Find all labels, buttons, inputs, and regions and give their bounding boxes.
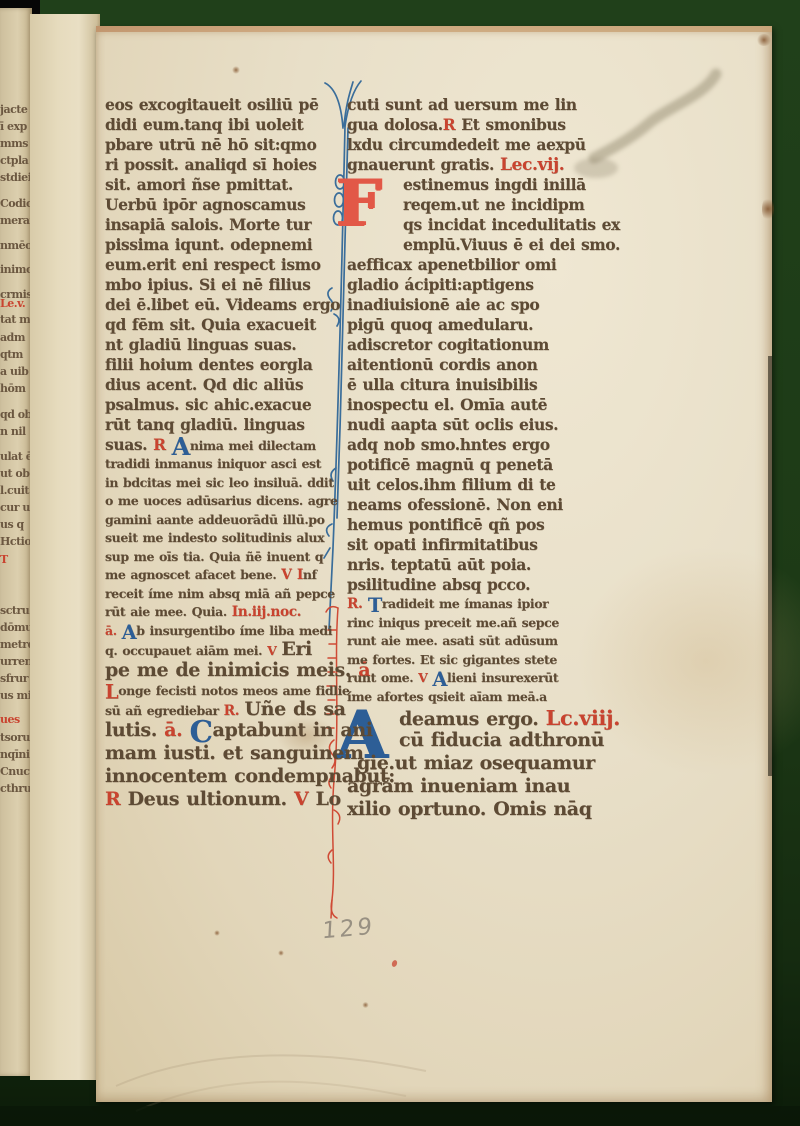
text-line: ē ulla citura inuisibilis	[347, 375, 591, 395]
text-line: eos excogitaueit osiliū pē	[105, 95, 345, 115]
text-line: ri possit. analiqd sī hoies	[105, 155, 345, 175]
page-right-edge-line	[768, 356, 772, 776]
margin-fragment: sfrur	[0, 672, 30, 685]
text-line: suas. R Anima mei dilectam	[105, 435, 345, 455]
margin-fragment: ī exp	[0, 120, 30, 133]
text-segment: V	[294, 788, 316, 810]
text-segment: R	[153, 435, 171, 454]
text-line: xilio oprtuno. Omis nāq	[347, 798, 591, 821]
text-line: gnauerunt gratis. Lec.vij.	[347, 155, 591, 175]
text-segment: R.	[224, 703, 245, 719]
fox-spot	[232, 66, 240, 74]
margin-fragment: stdiei	[0, 171, 30, 184]
text-segment: hemus pontificē qñ pos	[347, 515, 544, 534]
text-segment: deamus ergo.	[399, 708, 546, 730]
folio-number: 129	[321, 914, 375, 945]
text-line: runt ome. V Alieni insurexerūt	[347, 669, 591, 688]
page-top-edge	[96, 26, 772, 32]
text-line: lxdu circumdedeit me aexpū	[347, 135, 591, 155]
text-segment: R	[443, 115, 461, 134]
margin-fragment: Le.v.	[0, 297, 30, 310]
text-segment: gladio ácipiti:aptigens	[347, 275, 534, 294]
text-segment: sit. amori ñse pmittat.	[105, 175, 293, 194]
text-segment: aefficax apenetbilior omi	[347, 255, 556, 274]
margin-fragment: Codice	[0, 197, 30, 210]
text-segment: nima mei dilectam	[190, 438, 316, 453]
text-segment: adq nob smo.hntes ergo	[347, 435, 550, 454]
text-line: inadiuisionē aie ac spo	[347, 295, 591, 315]
text-segment: didi eum.tanq ibi uoleit	[105, 115, 303, 134]
text-segment: runt aie mee. asati sūt adūsum	[347, 633, 558, 648]
text-segment: eos excogitaueit osiliū pē	[105, 95, 318, 114]
text-segment: eum.erit eni respect ismo	[105, 255, 321, 274]
text-segment: Uerbū ipōr agnoscamus	[105, 195, 305, 214]
text-segment: psilitudine absq pcco.	[347, 575, 530, 594]
margin-fragment: ulat ē	[0, 450, 30, 463]
text-line: gladio ácipiti:aptigens	[347, 275, 591, 295]
margin-fragment: ut ob	[0, 467, 30, 480]
text-line: in bdcitas mei sic leo insiluā. ddit	[105, 474, 345, 493]
text-segment: uit celos.ihm filium di te	[347, 475, 555, 494]
margin-fragment: inimc	[0, 263, 30, 276]
text-line: me fortes. Et sic gigantes stete	[347, 651, 591, 670]
text-segment: nudi aapta sūt oclis eius.	[347, 415, 558, 434]
text-line: receit íme nim absq miā añ pepce	[105, 585, 345, 604]
text-segment: ā.	[105, 623, 122, 638]
text-line: runt aie mee. asati sūt adūsum	[347, 632, 591, 651]
text-segment: neams ofessionē. Non eni	[347, 495, 563, 514]
text-line: rūt tanq gladiū. linguas	[105, 415, 345, 435]
text-line: pe me de inimicis meis. ā	[105, 659, 345, 682]
text-segment: b insurgentibo íme liba medi	[136, 623, 332, 638]
text-line: dei ē.libet eū. Videams ergo	[105, 295, 345, 315]
text-segment: inospectu el. Omīa autē	[347, 395, 547, 414]
text-line: potificē magnū q penetā	[347, 455, 591, 475]
text-line: mam iusti. et sanguinem	[105, 742, 345, 765]
text-segment: Et smonibus	[461, 115, 565, 134]
margin-fragment: adm	[0, 331, 30, 344]
text-line: innocentem condempnabūt:	[105, 765, 345, 788]
text-segment: insapiā salois. Morte tur	[105, 215, 311, 234]
book-gutter	[30, 14, 100, 1080]
text-segment: Lec.vij.	[500, 155, 564, 175]
text-line: uit celos.ihm filium di te	[347, 475, 591, 495]
text-line: R Deus ultionum. V Lo	[105, 788, 345, 811]
text-segment: psalmus. sic ahic.exacue	[105, 395, 311, 414]
text-segment: sup me oīs tia. Quia ñē inuent q	[105, 549, 323, 564]
text-segment: inadiuisionē aie ac spo	[347, 295, 539, 314]
fox-spot	[762, 196, 774, 222]
red-ink-speck	[391, 959, 398, 967]
text-segment: sueit me indesto solitudinis alux	[105, 530, 324, 545]
text-line: psalmus. sic ahic.exacue	[105, 395, 345, 415]
text-line: adq nob smo.hntes ergo	[347, 435, 591, 455]
margin-fragment: Cnuct	[0, 765, 30, 778]
text-line: íme afortes qsieit aīam meā.a	[347, 688, 591, 707]
margin-fragment: l.cuit	[0, 484, 30, 497]
text-segment: qd fēm sit. Quia exacueit	[105, 315, 316, 334]
text-segment: me fortes. Et sic gigantes stete	[347, 652, 557, 667]
text-segment: R	[105, 788, 128, 810]
text-segment: lxdu circumdedeit me aexpū	[347, 135, 586, 154]
text-segment: gamini aante addeuorādū illū.po	[105, 512, 325, 527]
text-line: rūt aie mee. Quia. In.iij.noc.	[105, 603, 345, 622]
manuscript-page: F A eos excogitaueit osiliū pēdidi eum.t…	[96, 26, 772, 1102]
text-line: eum.erit eni respect ismo	[105, 255, 345, 275]
text-line: mbo ipius. Si ei nē filius	[105, 275, 345, 295]
text-line: insapiā salois. Morte tur	[105, 215, 345, 235]
fox-spot	[362, 1002, 369, 1008]
text-line: nt gladiū linguas suas.	[105, 335, 345, 355]
text-line: nudi aapta sūt oclis eius.	[347, 415, 591, 435]
fox-spot	[214, 930, 220, 936]
text-segment: sit opati infirmitatibus	[347, 535, 538, 554]
fox-spot	[278, 950, 284, 956]
text-line: sit. amori ñse pmittat.	[105, 175, 345, 195]
text-segment: lutis.	[105, 719, 164, 741]
text-segment: cū fiducia adthronū	[399, 729, 604, 751]
text-segment: V	[418, 670, 432, 685]
margin-fragment: mms	[0, 137, 30, 150]
text-line: hemus pontificē qñ pos	[347, 515, 591, 535]
text-line: R. Tradideit me ímanas ipior	[347, 595, 591, 614]
text-line: aitentionū cordis anon	[347, 355, 591, 375]
text-line: cuti sunt ad uersum me lin	[347, 95, 591, 115]
text-line: sup me oīs tia. Quia ñē inuent q	[105, 548, 345, 567]
margin-fragment: ctpla	[0, 154, 30, 167]
margin-fragment: dōmu	[0, 621, 30, 634]
margin-fragment: qtm	[0, 348, 30, 361]
margin-fragment: cthru	[0, 782, 30, 795]
text-segment: agrām inueniam inau	[347, 775, 570, 797]
text-line: qs incidat incedulitatis ex	[347, 215, 591, 235]
text-line: sū añ egrediebar R. Uñe ds sa	[105, 700, 345, 719]
text-segment: onge fecisti notos meos ame fidlie	[118, 683, 349, 698]
margin-fragment: sctru	[0, 604, 30, 617]
text-line: dius acent. Qd dic aliūs	[105, 375, 345, 395]
fox-spot	[756, 34, 772, 46]
text-line: pbare utrū nē hō sit:qmo	[105, 135, 345, 155]
text-segment: Deus ultionum.	[128, 788, 294, 810]
margin-fragment: Hctio	[0, 535, 30, 548]
text-segment: R.	[347, 596, 368, 612]
text-segment: o me uoces adūsarius dicens. agre	[105, 493, 338, 508]
text-segment: estinemus ingdi inillā	[403, 175, 586, 194]
text-line: me agnoscet afacet bene. V Inf	[105, 566, 345, 585]
text-line: qd fēm sit. Quia exacueit	[105, 315, 345, 335]
text-segment: receit íme nim absq miā añ pepce	[105, 586, 335, 601]
text-line: gie.ut miaz osequamur	[347, 752, 591, 775]
text-segment: q. occupauet aiām mei.	[105, 643, 267, 658]
text-segment: aitentionū cordis anon	[347, 355, 537, 374]
text-line: estinemus ingdi inillā	[347, 175, 591, 195]
text-line: inospectu el. Omīa autē	[347, 395, 591, 415]
margin-fragment: a uib	[0, 365, 30, 378]
text-segment: ā.	[164, 719, 189, 741]
text-segment: gie.ut miaz osequamur	[357, 752, 595, 774]
text-line: aefficax apenetbilior omi	[347, 255, 591, 275]
text-segment: adiscretor cogitationum	[347, 335, 549, 354]
text-line: emplū.Viuus ē ei dei smo.	[347, 235, 591, 255]
text-segment: ē ulla citura inuisibilis	[347, 375, 537, 394]
text-segment: runt ome.	[347, 670, 418, 685]
text-column-right: cuti sunt ad uersum me lingua dolosa.R E…	[347, 95, 591, 821]
margin-fragment: ues	[0, 713, 30, 726]
margin-fragment: qd ob	[0, 408, 30, 421]
text-segment: gnauerunt gratis.	[347, 155, 500, 174]
text-segment: rūt tanq gladiū. linguas	[105, 415, 305, 434]
text-segment: Lo	[316, 788, 341, 810]
text-line: o me uoces adūsarius dicens. agre	[105, 492, 345, 511]
text-segment: potificē magnū q penetā	[347, 455, 553, 474]
text-line: Uerbū ipōr agnoscamus	[105, 195, 345, 215]
previous-page-edge: jacteī expmmsctplastdieiCodicemerarunmēo…	[0, 8, 32, 1076]
text-line: q. occupauet aiām mei. V Eri	[105, 640, 345, 659]
margin-fragment: cur u	[0, 501, 30, 514]
text-line: sueit me indesto solitudinis alux	[105, 529, 345, 548]
text-line: reqem.ut ne incidipm	[347, 195, 591, 215]
text-segment: emplū.Viuus ē ei dei smo.	[403, 235, 620, 254]
text-segment: lieni insurexerūt	[447, 670, 558, 685]
text-segment: dius acent. Qd dic aliūs	[105, 375, 303, 394]
text-segment: rūt aie mee. Quia.	[105, 604, 232, 619]
text-column-left: eos excogitaueit osiliū pēdidi eum.tanq …	[105, 95, 345, 811]
margin-fragment: meraru	[0, 214, 30, 227]
text-line: pissima iqunt. odepnemi	[105, 235, 345, 255]
text-segment: suas.	[105, 435, 153, 454]
text-segment: ri possit. analiqd sī hoies	[105, 155, 316, 174]
text-segment: mbo ipius. Si ei nē filius	[105, 275, 310, 294]
text-line: gamini aante addeuorādū illū.po	[105, 511, 345, 530]
text-segment: dei ē.libet eū. Videams ergo	[105, 295, 340, 314]
text-segment: Lc.viij.	[546, 705, 620, 730]
margin-fragment: tsoru	[0, 731, 30, 744]
margin-fragment: tat mi	[0, 313, 30, 326]
text-line: deamus ergo. Lc.viij.	[347, 706, 591, 729]
text-segment: V I	[281, 567, 303, 583]
smudge-stain	[566, 46, 736, 196]
margin-fragment: nmēo	[0, 239, 30, 252]
text-line: rinc iniqus preceit me.añ sepce	[347, 614, 591, 633]
text-segment: cuti sunt ad uersum me lin	[347, 95, 577, 114]
text-line: filii hoium dentes eorgla	[105, 355, 345, 375]
text-segment: me agnoscet afacet bene.	[105, 567, 281, 582]
text-segment: in bdcitas mei sic leo insiluā. ddit	[105, 475, 334, 490]
text-segment: pissima iqunt. odepnemi	[105, 235, 312, 254]
margin-fragment: nqīni	[0, 748, 30, 761]
text-segment: In.iij.noc.	[232, 604, 301, 620]
text-segment: Eri	[281, 638, 312, 660]
text-segment: radideit me ímanas ipior	[382, 596, 548, 611]
text-line: tradidi inmanus iniquor asci est	[105, 455, 345, 474]
text-line: nris. teptatū aūt poia.	[347, 555, 591, 575]
margin-fragment: metrd	[0, 638, 30, 651]
text-segment: nf	[303, 567, 317, 582]
text-segment: nt gladiū linguas suas.	[105, 335, 296, 354]
text-segment: tradidi inmanus iniquor asci est	[105, 456, 321, 471]
photo-backdrop: jacteī expmmsctplastdieiCodicemerarunmēo…	[0, 0, 800, 1126]
text-line: pigū quoq amedularu.	[347, 315, 591, 335]
text-line: cū fiducia adthronū	[347, 729, 591, 752]
text-segment: pbare utrū nē hō sit:qmo	[105, 135, 316, 154]
text-segment: mam iusti. et sanguinem	[105, 742, 364, 764]
text-segment: pigū quoq amedularu.	[347, 315, 533, 334]
text-line: gua dolosa.R Et smonibus	[347, 115, 591, 135]
text-line: psilitudine absq pcco.	[347, 575, 591, 595]
text-segment: filii hoium dentes eorgla	[105, 355, 312, 374]
text-segment: reqem.ut ne incidipm	[403, 195, 584, 214]
backdrop-bottom-band	[0, 1106, 800, 1126]
text-segment: pe me de inimicis meis.	[105, 659, 351, 681]
margin-fragment: T	[0, 553, 30, 566]
text-segment: gua dolosa.	[347, 115, 443, 134]
parchment-stain	[576, 546, 800, 776]
text-segment: V	[267, 643, 281, 658]
margin-fragment: n nil	[0, 425, 30, 438]
text-line: didi eum.tanq ibi uoleit	[105, 115, 345, 135]
margin-fragment: us q	[0, 518, 30, 531]
text-line: neams ofessionē. Non eni	[347, 495, 591, 515]
text-segment: nris. teptatū aūt poia.	[347, 555, 531, 574]
text-segment: íme afortes qsieit aīam meā.a	[347, 689, 547, 704]
margin-fragment: jacte	[0, 103, 30, 116]
text-segment: xilio oprtuno. Omis nāq	[347, 798, 592, 820]
text-segment: Uñe ds sa	[244, 698, 345, 720]
text-line: agrām inueniam inau	[347, 775, 591, 798]
text-segment: qs incidat incedulitatis ex	[403, 215, 620, 234]
margin-fragment: urrend	[0, 655, 30, 668]
margin-fragment: hōm	[0, 382, 30, 395]
text-line: lutis. ā. Captabunt in ani	[105, 719, 345, 742]
text-segment: rinc iniqus preceit me.añ sepce	[347, 615, 559, 630]
text-line: sit opati infirmitatibus	[347, 535, 591, 555]
margin-fragment: us mi	[0, 689, 30, 702]
text-line: adiscretor cogitationum	[347, 335, 591, 355]
